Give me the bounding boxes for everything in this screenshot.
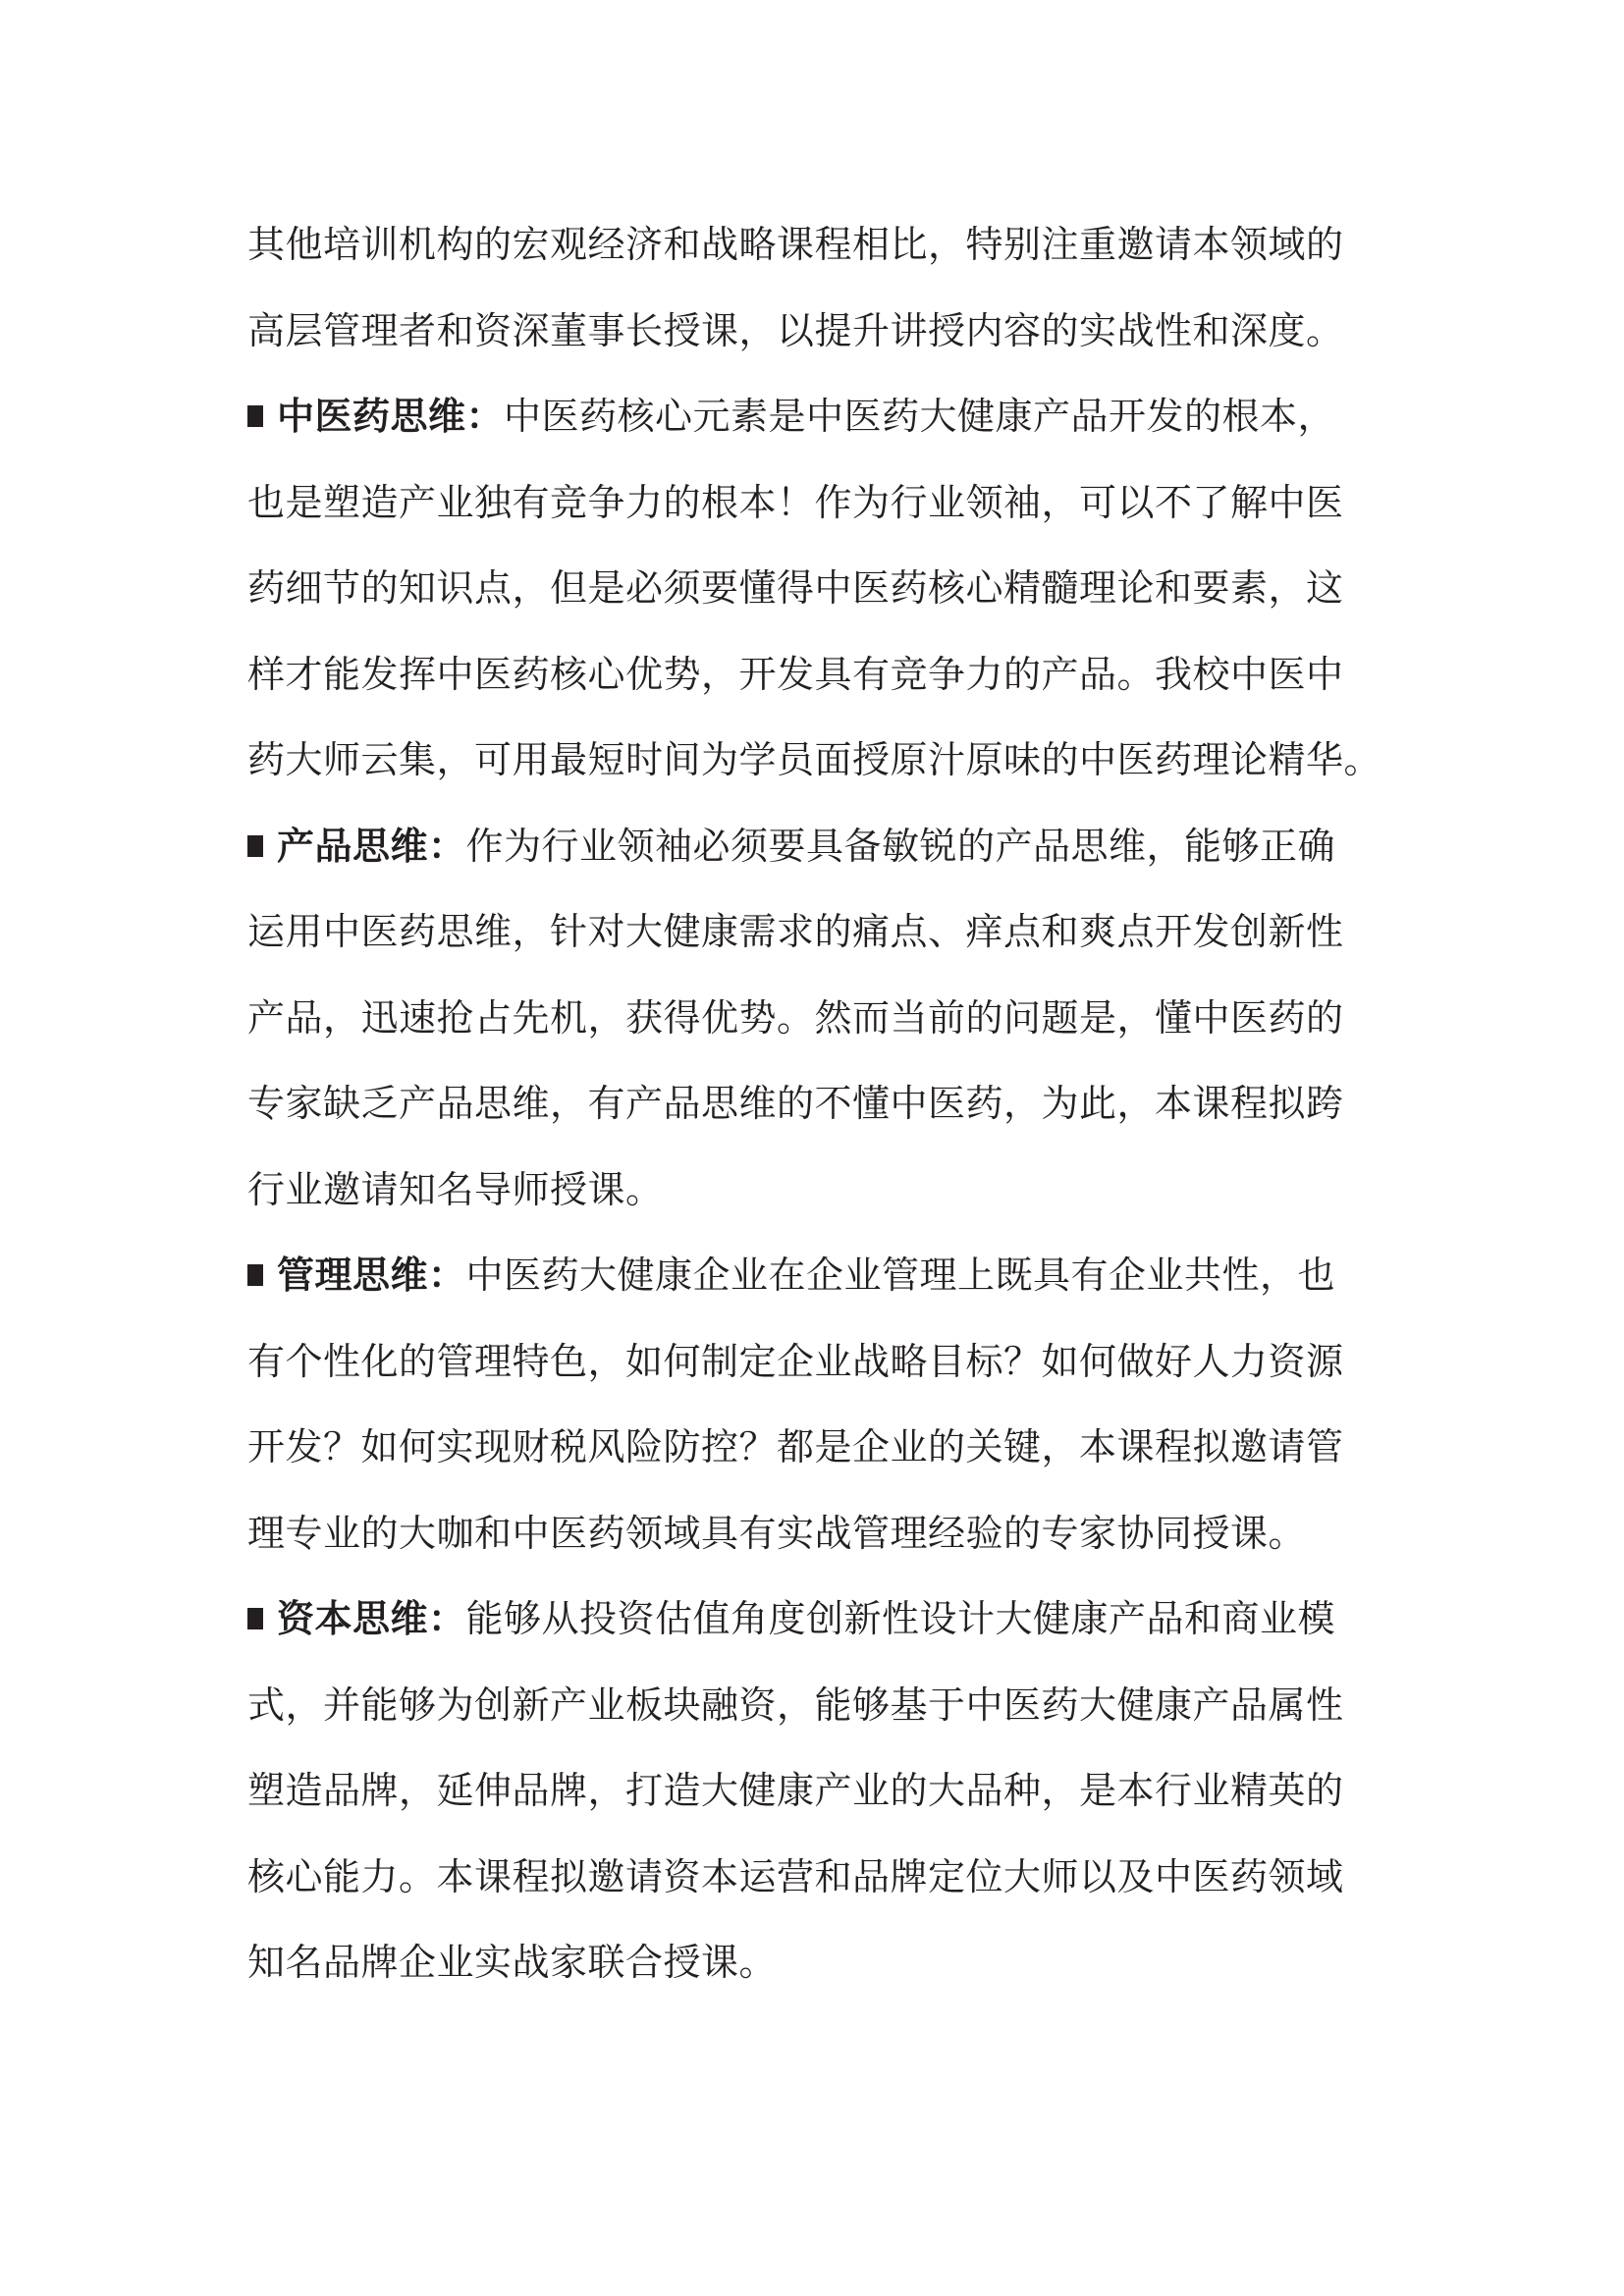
section-term: 管理思维： bbox=[277, 1254, 466, 1297]
section-heading-line: 管理思维：中医药大健康企业在企业管理上既具有企业共性，也 bbox=[247, 1241, 1394, 1327]
section-term: 中医药思维： bbox=[277, 395, 504, 438]
text-segment: 作为行业领袖必须要具备敏锐的产品思维，能够正确 bbox=[466, 825, 1336, 868]
section-heading-line: 资本思维：能够从投资估值角度创新性设计大健康产品和商业模 bbox=[247, 1584, 1394, 1671]
section-term: 产品思维： bbox=[277, 825, 466, 868]
text-line: 行业邀请知名导师授课。 bbox=[247, 1155, 1394, 1242]
text-line: 专家缺乏产品思维，有产品思维的不懂中医药，为此，本课程拟跨 bbox=[247, 1069, 1394, 1155]
text-line: 开发？如何实现财税风险防控？都是企业的关键，本课程拟邀请管 bbox=[247, 1413, 1394, 1499]
text-line: 也是塑造产业独有竞争力的根本！作为行业领袖，可以不了解中医 bbox=[247, 468, 1394, 555]
text-line: 其他培训机构的宏观经济和战略课程相比，特别注重邀请本领域的 bbox=[247, 210, 1394, 296]
text-line: 产品，迅速抢占先机，获得优势。然而当前的问题是，懂中医药的 bbox=[247, 984, 1394, 1070]
text-line: 核心能力。本课程拟邀请资本运营和品牌定位大师以及中医药领域 bbox=[247, 1842, 1394, 1929]
text-line: 理专业的大咖和中医药领域具有实战管理经验的专家协同授课。 bbox=[247, 1499, 1394, 1585]
section-management-thinking: 管理思维：中医药大健康企业在企业管理上既具有企业共性，也 有个性化的管理特色，如… bbox=[247, 1241, 1394, 1584]
square-bullet-icon bbox=[247, 405, 263, 427]
text-segment: 能够从投资估值角度创新性设计大健康产品和商业模 bbox=[466, 1597, 1336, 1640]
section-tcm-thinking: 中医药思维：中医药核心元素是中医药大健康产品开发的根本， 也是塑造产业独有竞争力… bbox=[247, 382, 1394, 812]
section-term: 资本思维： bbox=[277, 1597, 466, 1640]
text-line: 有个性化的管理特色，如何制定企业战略目标？如何做好人力资源 bbox=[247, 1327, 1394, 1414]
section-heading-line: 中医药思维：中医药核心元素是中医药大健康产品开发的根本， bbox=[247, 382, 1394, 468]
text-line: 高层管理者和资深董事长授课，以提升讲授内容的实战性和深度。 bbox=[247, 296, 1394, 383]
text-line: 式，并能够为创新产业板块融资，能够基于中医药大健康产品属性 bbox=[247, 1671, 1394, 1757]
text-line: 运用中医药思维，针对大健康需求的痛点、痒点和爽点开发创新性 bbox=[247, 897, 1394, 984]
text-line: 塑造品牌，延伸品牌，打造大健康产业的大品种，是本行业精英的 bbox=[247, 1756, 1394, 1842]
text-line: 药大师云集，可用最短时间为学员面授原汁原味的中医药理论精华。 bbox=[247, 725, 1394, 812]
document-page: 其他培训机构的宏观经济和战略课程相比，特别注重邀请本领域的 高层管理者和资深董事… bbox=[0, 0, 1624, 2296]
section-product-thinking: 产品思维：作为行业领袖必须要具备敏锐的产品思维，能够正确 运用中医药思维，针对大… bbox=[247, 812, 1394, 1242]
text-line: 药细节的知识点，但是必须要懂得中医药核心精髓理论和要素，这 bbox=[247, 554, 1394, 640]
section-capital-thinking: 资本思维：能够从投资估值角度创新性设计大健康产品和商业模 式，并能够为创新产业板… bbox=[247, 1584, 1394, 2014]
text-segment: 中医药核心元素是中医药大健康产品开发的根本， bbox=[504, 395, 1335, 438]
intro-paragraph: 其他培训机构的宏观经济和战略课程相比，特别注重邀请本领域的 高层管理者和资深董事… bbox=[247, 210, 1394, 382]
square-bullet-icon bbox=[247, 1608, 263, 1629]
square-bullet-icon bbox=[247, 1264, 263, 1286]
section-heading-line: 产品思维：作为行业领袖必须要具备敏锐的产品思维，能够正确 bbox=[247, 812, 1394, 898]
text-segment: 中医药大健康企业在企业管理上既具有企业共性，也 bbox=[466, 1254, 1336, 1297]
text-line: 知名品牌企业实战家联合授课。 bbox=[247, 1928, 1394, 2014]
text-line: 样才能发挥中医药核心优势，开发具有竞争力的产品。我校中医中 bbox=[247, 640, 1394, 726]
document-body: 其他培训机构的宏观经济和战略课程相比，特别注重邀请本领域的 高层管理者和资深董事… bbox=[247, 210, 1394, 2014]
square-bullet-icon bbox=[247, 835, 263, 857]
